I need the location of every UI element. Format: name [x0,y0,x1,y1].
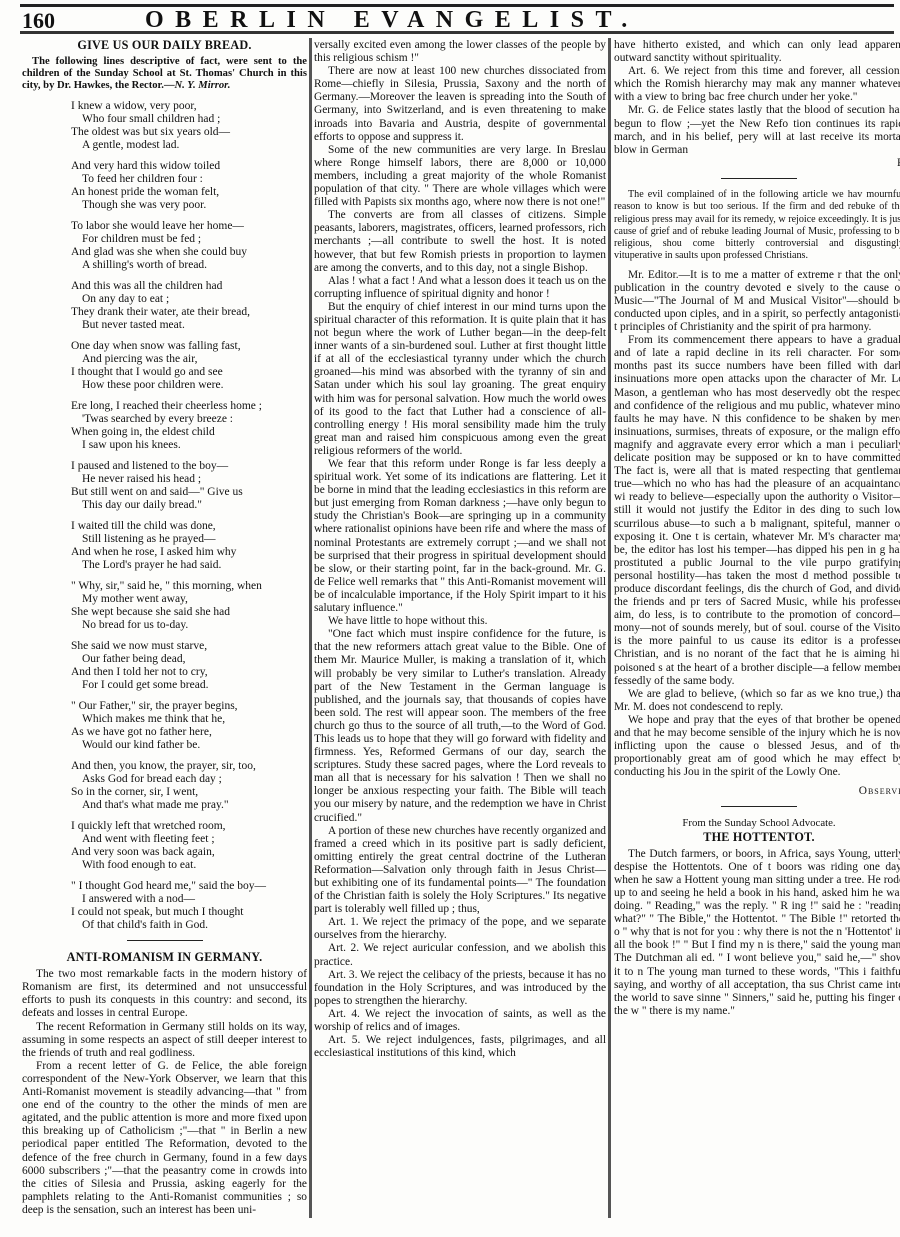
column-3: have hitherto existed, and which can onl… [614,39,900,1219]
paragraph: From its commencement there appears to h… [614,334,900,688]
paragraph: The recent Reformation in Germany still … [22,1021,307,1060]
poem-line: With food enough to eat. [71,859,307,872]
poem-line: They drank their water, ate their bread, [71,306,307,319]
poem-line: Which makes me think that he, [71,713,307,726]
poem-line: On any day to eat ; [71,293,307,306]
poem-line: To feed her children four : [71,173,307,186]
poem-stanza: Ere long, I reached their cheerless home… [71,400,307,452]
poem-stanza: And very hard this widow toiledTo feed h… [71,160,307,212]
poem-stanza: And this was all the children hadOn any … [71,280,307,332]
article-separator [127,940,203,943]
poem-line: Our father being dead, [71,653,307,666]
anti-romanism-col1-body: The two most remarkable facts in the mod… [22,968,307,1217]
masthead-bottom-rule [20,31,894,34]
paragraph: Mr. G. de Felice states lastly that the … [614,104,900,156]
poem-line: And piercing was the air, [71,353,307,366]
poem-line: And this was all the children had [71,280,307,293]
music-letter-body: Mr. Editor.—It is to me a matter of extr… [614,269,900,780]
paragraph: Art. 2. We reject auricular confession, … [314,942,606,968]
poem-line: To labor she would leave her home— [71,220,307,233]
paragraph: "One fact which must inspire confidence … [314,628,606,824]
hottentot-heading: THE HOTTENTOT. [614,831,900,844]
poem-line: Would our kind father be. [71,739,307,752]
anti-romanism-col3-body: have hitherto existed, and which can onl… [614,39,900,157]
paragraph: We fear that this reform under Ronge is … [314,458,606,615]
poem-line: For children must be fed ; [71,233,307,246]
poem-stanza: " Our Father," sir, the prayer begins,Wh… [71,700,307,752]
poem-line: As we have got no father here, [71,726,307,739]
poem-line: I could not speak, but much I thought [71,906,307,919]
poem-line: He never raised his head ; [71,473,307,486]
poem-line: So in the corner, sir, I went, [71,786,307,799]
paragraph: Art. 5. We reject indulgences, fasts, pi… [314,1034,606,1060]
paragraph: versally excited even among the lower cl… [314,39,606,65]
poem-stanza: She said we now must starve,Our father b… [71,640,307,692]
paragraph: Art. 1. We reject the primacy of the pop… [314,916,606,942]
poem-line: I quickly left that wretched room, [71,820,307,833]
poem-line: The Lord's prayer he had said. [71,559,307,572]
poem-line: Still listening as he prayed— [71,533,307,546]
poem-line: But still went on and said—" Give us [71,486,307,499]
poem-line: And very hard this widow toiled [71,160,307,173]
paragraph: The two most remarkable facts in the mod… [22,968,307,1020]
poem-line: No bread for us to-day. [71,619,307,632]
poem-line: And then I told her not to cry, [71,666,307,679]
anti-romanism-heading: ANTI-ROMANISM IN GERMANY. [22,951,307,964]
paragraph: Some of the new communities are very lar… [314,144,606,209]
anti-romanism-signature: E [614,157,900,170]
poem-line: 'Twas searched by every breeze : [71,413,307,426]
poem-line: And that's what made me pray." [71,799,307,812]
paragraph: We are glad to believe, (which so far as… [614,688,900,714]
article-separator [721,806,797,809]
poem-line: I knew a widow, very poor, [71,100,307,113]
poem-line: I waited till the child was done, [71,520,307,533]
paragraph: Art. 6. We reject from this time and for… [614,65,900,104]
poem-line: And went with fleeting feet ; [71,833,307,846]
poem-line: And glad was she when she could buy [71,246,307,259]
poem-line: This day our daily bread." [71,499,307,512]
paragraph: There are now at least 100 new churches … [314,65,606,144]
poem-line: I paused and listened to the boy— [71,460,307,473]
hottentot-source: From the Sunday School Advocate. [614,817,900,830]
poem-line: And when he rose, I asked him why [71,546,307,559]
poem-stanzas: I knew a widow, very poor,Who four small… [22,100,307,932]
poem-line: One day when snow was falling fast, [71,340,307,353]
poem-line: " Why, sir," said he, " this morning, wh… [71,580,307,593]
poem-stanza: I paused and listened to the boy—He neve… [71,460,307,512]
poem-line: I thought that I would go and see [71,366,307,379]
poem-line: I answered with a nod— [71,893,307,906]
poem-line: Who four small children had ; [71,113,307,126]
paragraph: Mr. Editor.—It is to me a matter of extr… [614,269,900,334]
article-separator [721,178,797,181]
paragraph: have hitherto existed, and which can onl… [614,39,900,65]
poem-line: My mother went away, [71,593,307,606]
poem-line: For I could get some bread. [71,679,307,692]
poem-line: A shilling's worth of bread. [71,259,307,272]
column-2: versally excited even among the lower cl… [314,39,606,1219]
poem-line: The oldest was but six years old— [71,126,307,139]
hottentot-body: The Dutch farmers, or boors, in Africa, … [614,848,900,1018]
paragraph: Art. 4. We reject the invocation of sain… [314,1008,606,1034]
poem-line: I saw upon his knees. [71,439,307,452]
poem-line: An honest pride the woman felt, [71,186,307,199]
poem-line: " Our Father," sir, the prayer begins, [71,700,307,713]
poem-line: But never tasted meat. [71,319,307,332]
poem-intro: The following lines descriptive of fact,… [22,56,307,92]
paragraph: But the enquiry of chief interest in our… [314,301,606,458]
poem-line: Asks God for bread each day ; [71,773,307,786]
paragraph: Alas ! what a fact ! And what a lesson d… [314,275,606,301]
poem-line: Of that child's faith in God. [71,919,307,932]
poem-stanza: " I thought God heard me," said the boy—… [71,880,307,932]
paragraph: From a recent letter of G. de Felice, th… [22,1060,307,1217]
poem-stanza: " Why, sir," said he, " this morning, wh… [71,580,307,632]
poem-stanza: One day when snow was falling fast,And p… [71,340,307,392]
poem-stanza: I knew a widow, very poor,Who four small… [71,100,307,152]
poem-line: And very soon was back again, [71,846,307,859]
newspaper-title: OBERLIN EVANGELIST. [145,7,639,34]
column-1: GIVE US OUR DAILY BREAD. The following l… [22,39,307,1219]
paragraph: The converts are from all classes of cit… [314,209,606,274]
poem-stanza: To labor she would leave her home—For ch… [71,220,307,272]
paragraph: Art. 3. We reject the celibacy of the pr… [314,969,606,1008]
poem-line: Ere long, I reached their cheerless home… [71,400,307,413]
poem-intro-source: N. Y. Mirror. [175,80,231,91]
poem-stanza: And then, you know, the prayer, sir, too… [71,760,307,812]
column-divider-1 [309,38,312,1218]
poem-intro-text: The following lines descriptive of fact,… [22,56,307,91]
poem-line: " I thought God heard me," said the boy— [71,880,307,893]
poem-line: How these poor children were. [71,379,307,392]
poem-stanza: I quickly left that wretched room,And we… [71,820,307,872]
music-letter-signature: Observe [614,785,900,798]
poem-line: She said we now must starve, [71,640,307,653]
poem-line: Though she was very poor. [71,199,307,212]
poem-line: And then, you know, the prayer, sir, too… [71,760,307,773]
poem-heading: GIVE US OUR DAILY BREAD. [22,39,307,52]
poem-line: She wept because she said she had [71,606,307,619]
editor-note: The evil complained of in the following … [614,189,900,263]
paragraph: A portion of these new churches have rec… [314,825,606,917]
poem-line: A gentle, modest lad. [71,139,307,152]
paragraph: We have little to hope without this. [314,615,606,628]
anti-romanism-col2-body: versally excited even among the lower cl… [314,39,606,1060]
masthead: 160 OBERLIN EVANGELIST. [0,0,900,36]
poem-stanza: I waited till the child was done,Still l… [71,520,307,572]
column-divider-2 [608,38,611,1218]
poem-line: When going in, the eldest child [71,426,307,439]
paragraph: We hope and pray that the eyes of that b… [614,714,900,779]
